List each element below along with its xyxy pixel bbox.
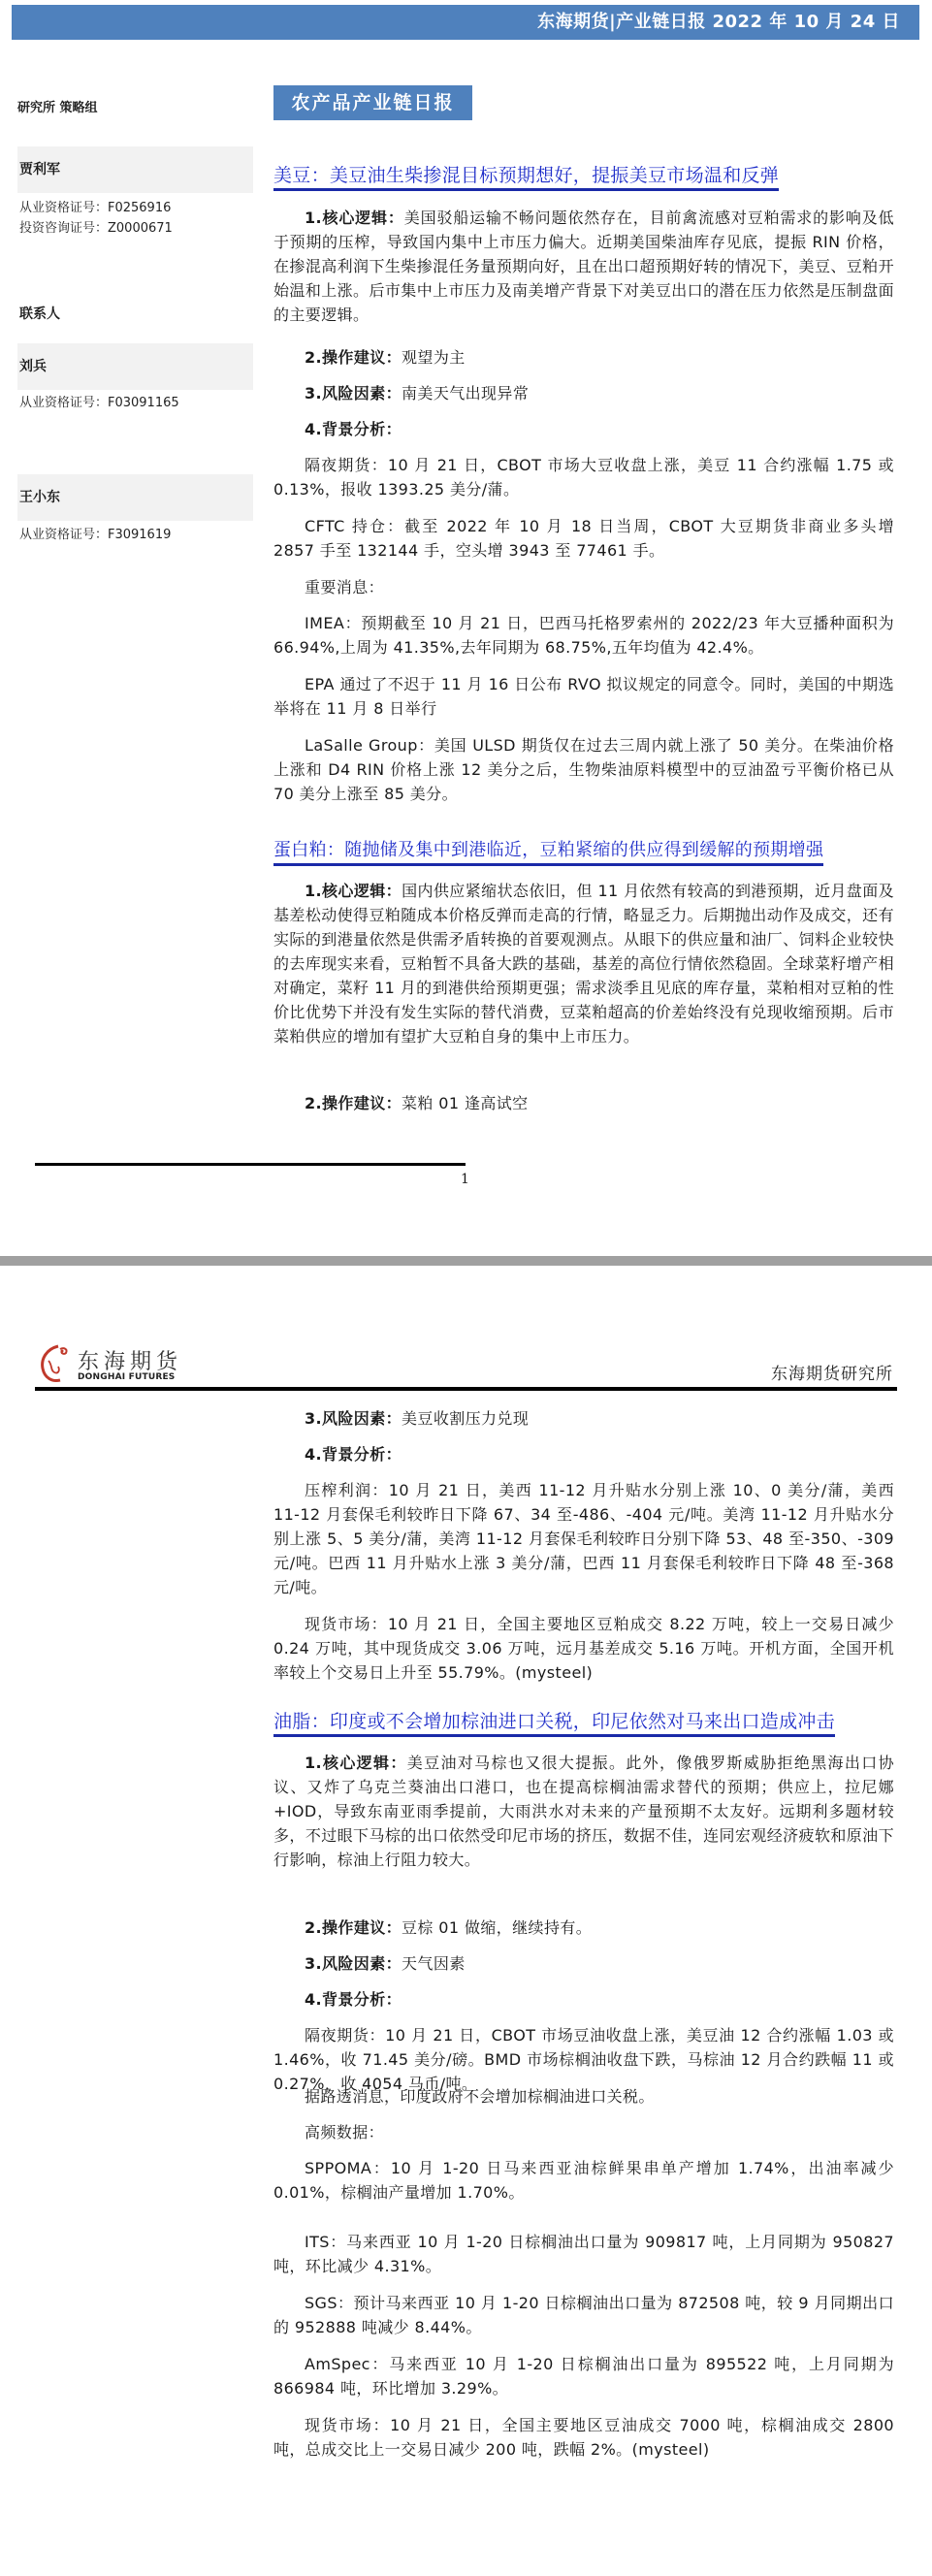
risk-text: 天气因素	[402, 1954, 466, 1973]
advice-paragraph: 2.操作建议：菜粕 01 逢高试空	[273, 1091, 894, 1115]
background-paragraph: AmSpec：马来西亚 10 月 1-20 日棕榈油出口量为 895522 吨，…	[273, 2352, 894, 2400]
background-paragraph: 现货市场：10 月 21 日，全国主要地区豆油成交 7000 吨，棕榈油成交 2…	[273, 2413, 894, 2462]
background-heading: 4.背景分析：	[273, 1442, 894, 1466]
advice-text: 观望为主	[402, 348, 466, 367]
advice-label: 2.操作建议：	[305, 1094, 402, 1112]
background-paragraph: ITS：马来西亚 10 月 1-20 日棕榈油出口量为 909817 吨，上月同…	[273, 2230, 894, 2278]
advice-label: 2.操作建议：	[305, 1918, 402, 1937]
core-logic-paragraph: 1.核心逻辑：美豆油对马棕也又很大提振。此外，像俄罗斯威胁拒绝黑海出口协议、又炸…	[273, 1751, 894, 1872]
donghai-logo: 东海期货 DONGHAI FUTURES	[39, 1343, 194, 1387]
contact-cert: 从业资格证号：F03091165	[19, 392, 179, 410]
logo-chinese-name: 东海期货	[78, 1345, 182, 1375]
page-separator	[0, 1256, 932, 1266]
background-paragraph: EPA 通过了不迟于 11 月 16 日公布 RVO 拟议规定的同意令。同时，美…	[273, 672, 894, 721]
footer-rule	[35, 1163, 466, 1166]
section-title-protein-meal[interactable]: 蛋白粕：随抛储及集中到港临近，豆粕紧缩的供应得到缓解的预期增强	[273, 838, 823, 866]
background-paragraph: SPPOMA：10 月 1-20 日马来西亚油棕鲜果串单产增加 1.74%，出油…	[273, 2156, 894, 2205]
core-logic-paragraph: 1.核心逻辑：美国驳船运输不畅问题依然存在，目前禽流感对豆粕需求的影响及低于预期…	[273, 206, 894, 327]
background-paragraph: SGS：预计马来西亚 10 月 1-20 日棕榈油出口量为 872508 吨，较…	[273, 2291, 894, 2339]
background-paragraph: 压榨利润：10 月 21 日，美西 11-12 月升贴水分别上涨 10、0 美分…	[273, 1478, 894, 1599]
background-paragraph: LaSalle Group：美国 ULSD 期货仅在过去三周内就上涨了 50 美…	[273, 733, 894, 806]
risk-paragraph: 3.风险因素：南美天气出现异常	[273, 381, 894, 405]
background-paragraph: 高频数据：	[273, 2120, 894, 2144]
analyst-qualification-cert: 从业资格证号：F0256916	[19, 197, 171, 215]
background-paragraph: 现货市场：10 月 21 日，全国主要地区豆粕成交 8.22 万吨，较上一交易日…	[273, 1612, 894, 1685]
risk-text: 美豆收割压力兑现	[402, 1409, 529, 1428]
report-banner: 东海期货|产业链日报 2022 年 10 月 24 日	[12, 5, 919, 40]
background-paragraph: CFTC 持仓：截至 2022 年 10 月 18 日当周，CBOT 大豆期货非…	[273, 514, 894, 563]
analyst-investment-cert: 投资咨询证号：Z0000671	[19, 217, 173, 236]
advice-text: 豆棕 01 做缩，继续持有。	[402, 1918, 592, 1937]
dragon-emblem-icon	[39, 1343, 70, 1384]
advice-paragraph: 2.操作建议：豆棕 01 做缩，继续持有。	[273, 1916, 894, 1940]
contact-name: 王小东	[17, 474, 253, 521]
report-type-badge: 农产品产业链日报	[273, 85, 472, 120]
page-number: 1	[461, 1172, 469, 1187]
background-label: 4.背景分析：	[305, 420, 402, 438]
advice-text: 菜粕 01 逢高试空	[402, 1094, 529, 1112]
logo-english-name: DONGHAI FUTURES	[78, 1372, 175, 1382]
core-logic-label: 1.核心逻辑：	[305, 882, 402, 900]
contact-name: 刘兵	[17, 343, 253, 390]
core-logic-label: 1.核心逻辑：	[305, 1754, 407, 1772]
contact-label: 联系人	[19, 304, 60, 323]
background-paragraph: 据路透消息，印度政府不会增加棕榈油进口关税。	[273, 2084, 894, 2109]
background-paragraph: 隔夜期货：10 月 21 日，CBOT 市场大豆收盘上涨，美豆 11 合约涨幅 …	[273, 453, 894, 501]
risk-paragraph: 3.风险因素：天气因素	[273, 1951, 894, 1976]
background-heading: 4.背景分析：	[273, 417, 894, 441]
background-label: 4.背景分析：	[305, 1990, 402, 2009]
risk-paragraph: 3.风险因素：美豆收割压力兑现	[273, 1406, 894, 1431]
section-title-oils[interactable]: 油脂：印度或不会增加棕油进口关税，印尼依然对马来出口造成冲击	[273, 1709, 835, 1737]
risk-label: 3.风险因素：	[305, 384, 402, 402]
header-rule	[35, 1387, 897, 1391]
page-1: 东海期货|产业链日报 2022 年 10 月 24 日 农产品产业链日报 研究所…	[0, 0, 932, 1256]
background-paragraph: IMEA：预期截至 10 月 21 日，巴西马托格罗索州的 2022/23 年大…	[273, 611, 894, 660]
section-title-soybean[interactable]: 美豆：美豆油生柴掺混目标预期想好，提振美豆市场温和反弹	[273, 163, 779, 191]
advice-paragraph: 2.操作建议：观望为主	[273, 345, 894, 370]
analyst-name: 贾利军	[17, 146, 253, 193]
risk-label: 3.风险因素：	[305, 1954, 402, 1973]
background-paragraph: 重要消息：	[273, 575, 894, 599]
risk-text: 南美天气出现异常	[402, 384, 529, 402]
advice-label: 2.操作建议：	[305, 348, 402, 367]
research-institute-label: 东海期货研究所	[771, 1360, 893, 1384]
risk-label: 3.风险因素：	[305, 1409, 402, 1428]
background-heading: 4.背景分析：	[273, 1987, 894, 2012]
core-logic-paragraph: 1.核心逻辑：国内供应紧缩状态依旧，但 11 月依然有较高的到港预期，近月盘面及…	[273, 879, 894, 1048]
core-logic-text: 国内供应紧缩状态依旧，但 11 月依然有较高的到港预期，近月盘面及基差松动使得豆…	[273, 882, 894, 1046]
core-logic-label: 1.核心逻辑：	[305, 209, 404, 227]
contact-cert: 从业资格证号：F3091619	[19, 524, 171, 542]
background-label: 4.背景分析：	[305, 1445, 402, 1464]
department-label: 研究所 策略组	[17, 97, 98, 115]
